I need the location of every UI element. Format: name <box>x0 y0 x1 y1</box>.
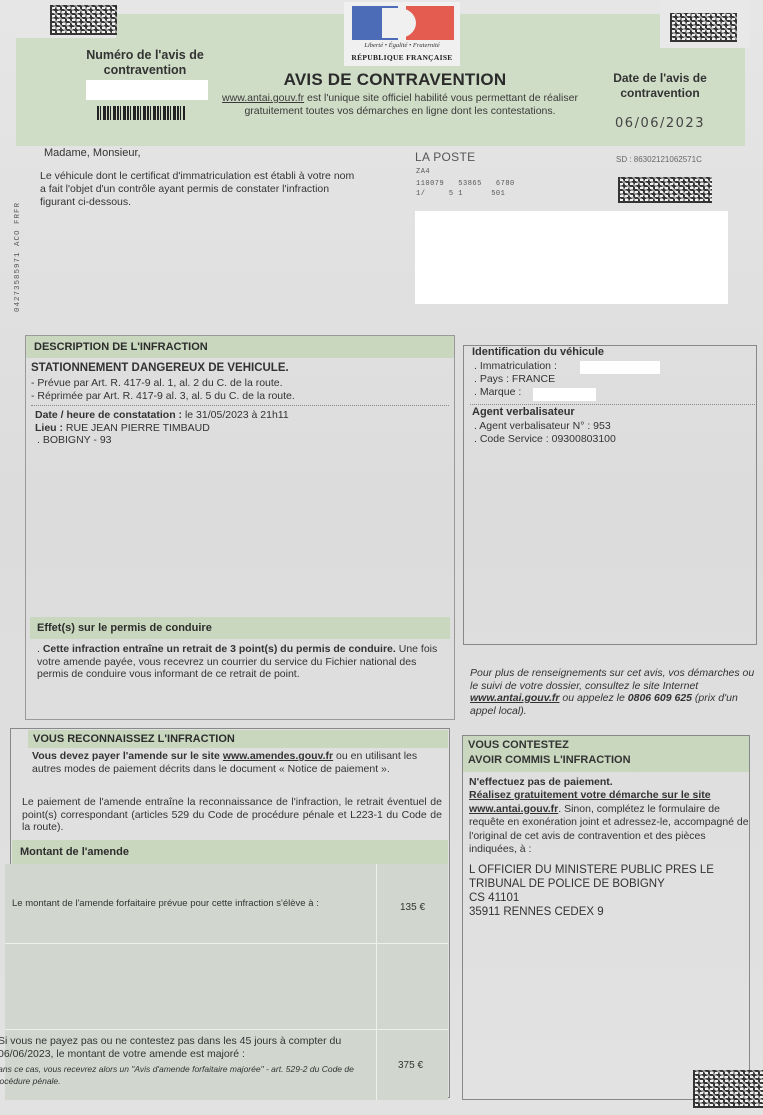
agent-number: . Agent verbalisateur N° : 953 <box>474 420 611 433</box>
contest-instructions: Réalisez gratuitement votre démarche sur… <box>469 789 749 857</box>
antai-link[interactable]: www.antai.gouv.fr <box>222 92 304 104</box>
datamatrix-code-postal <box>618 177 712 203</box>
contest-header-line-1: VOUS CONTESTEZ <box>468 739 569 752</box>
info-phone[interactable]: 0806 609 625 <box>628 692 692 704</box>
acknowledge-consequence: Le paiement de l'amende entraîne la reco… <box>22 796 442 834</box>
address-line-1: L OFFICIER DU MINISTERE PUBLIC PRES LE <box>469 863 714 877</box>
notice-date-value: 06/06/2023 <box>590 116 730 131</box>
address-line-3: CS 41101 <box>469 891 714 905</box>
fine-label: Le montant de l'amende forfaitaire prévu… <box>12 898 319 911</box>
contest-header-line-2: AVOIR COMMIS L'INFRACTION <box>468 754 631 767</box>
notice-number-label: Numéro de l'avis de contravention <box>70 48 220 78</box>
address-line-2: TRIBUNAL DE POLICE DE BOBIGNY <box>469 877 714 891</box>
place-label: Lieu : <box>35 422 63 434</box>
address-line-4: 35911 RENNES CEDEX 9 <box>469 905 714 919</box>
logo-motto: Liberté • Égalité • Fraternité <box>344 42 460 49</box>
brand-label: . Marque : <box>474 386 521 398</box>
postal-line-1: ZA4 <box>416 168 430 176</box>
info-text: Pour plus de renseignements sur cet avis… <box>470 667 755 717</box>
vehicle-brand: . Marque : <box>474 386 521 399</box>
greeting: Madame, Monsieur, <box>44 147 141 159</box>
license-bold: Cette infraction entraîne un retrait de … <box>43 643 396 655</box>
service-code: . Code Service : 09300803100 <box>474 433 616 446</box>
infraction-place: Lieu : RUE JEAN PIERRE TIMBAUD <box>35 422 210 435</box>
marianne-profile-icon <box>382 8 416 38</box>
republique-francaise-logo: Liberté • Égalité • Fraternité RÉPUBLIQU… <box>344 2 460 66</box>
info-text-1: Pour plus de renseignements sur cet avis… <box>470 667 754 692</box>
vehicle-header: Identification du véhicule <box>472 346 604 359</box>
registration-label: . Immatriculation : <box>474 360 557 372</box>
recipient-address <box>415 211 728 304</box>
pay-bold: Vous devez payer l'amende sur le site <box>32 750 223 762</box>
contest-no-payment: N'effectuez pas de paiement. <box>469 776 613 789</box>
acknowledge-header: VOUS RECONNAISSEZ L'INFRACTION <box>23 730 235 745</box>
notice-date-label: Date de l'avis de contravention <box>590 71 730 101</box>
carrier-name: LA POSTE <box>415 150 475 164</box>
datetime-label: Date / heure de constatation : <box>35 409 182 421</box>
brand-value <box>533 388 596 401</box>
sd-code: SD : 86302121062571C <box>616 155 702 164</box>
infraction-datetime: Date / heure de constatation : le 31/05/… <box>35 409 289 422</box>
registration-value <box>580 361 660 374</box>
info-antai-link[interactable]: www.antai.gouv.fr <box>470 692 559 704</box>
license-header: Effet(s) sur le permis de conduire <box>27 618 212 634</box>
increased-note: Dans ce cas, vous recevrez alors un "Avi… <box>0 1063 362 1087</box>
datamatrix-code-bottom-right <box>693 1070 763 1108</box>
infraction-punished-by: - Réprimée par Art. R. 417-9 al. 3, al. … <box>31 390 449 406</box>
fine-row-divider-1 <box>5 943 448 944</box>
infraction-header: DESCRIPTION DE L'INFRACTION <box>24 337 208 353</box>
increased-value: 375 € <box>398 1060 423 1073</box>
fine-row-divider-2 <box>5 1029 448 1030</box>
amount-header: Montant de l'amende <box>10 842 129 858</box>
datamatrix-code-top-left <box>50 5 117 35</box>
page-title: AVIS DE CONTRAVENTION <box>230 70 560 90</box>
notice-number-value <box>86 80 208 100</box>
amendes-link[interactable]: www.amendes.gouv.fr <box>223 750 333 762</box>
infraction-city: . BOBIGNY - 93 <box>37 434 112 447</box>
place-value: RUE JEAN PIERRE TIMBAUD <box>63 422 210 434</box>
vehicle-registration: . Immatriculation : <box>474 360 557 373</box>
fine-value: 135 € <box>400 902 425 915</box>
datamatrix-code-top-right <box>670 13 737 42</box>
barcode <box>97 106 185 120</box>
info-text-2: ou appelez le <box>559 692 627 704</box>
side-code: 04273585971 ACO FRFR <box>14 192 22 312</box>
license-text: . Cette infraction entraîne un retrait d… <box>37 643 447 681</box>
increased-label: Si vous ne payez pas ou ne contestez pas… <box>0 1035 368 1060</box>
header-subtitle: www.antai.gouv.fr est l'unique site offi… <box>210 92 590 118</box>
intro-text: Le véhicule dont le certificat d'immatri… <box>40 170 360 209</box>
postal-line-2: 110079 53865 6780 <box>416 180 515 188</box>
datetime-value: le 31/05/2023 à 21h11 <box>182 409 289 421</box>
contest-address: L OFFICIER DU MINISTERE PUBLIC PRES LE T… <box>469 863 714 919</box>
postal-line-3: 1/ 5 1 501 <box>416 190 505 198</box>
logo-name: RÉPUBLIQUE FRANÇAISE <box>344 53 460 62</box>
acknowledge-pay-text: Vous devez payer l'amende sur le site ww… <box>32 750 442 775</box>
fine-col-divider <box>376 864 377 1100</box>
infraction-title: STATIONNEMENT DANGEREUX DE VEHICULE. <box>31 362 289 375</box>
vehicle-country: . Pays : FRANCE <box>474 373 555 386</box>
agent-header: Agent verbalisateur <box>472 406 575 419</box>
vehicle-divider <box>470 404 755 405</box>
infraction-provided-by: - Prévue par Art. R. 417-9 al. 1, al. 2 … <box>31 377 283 390</box>
